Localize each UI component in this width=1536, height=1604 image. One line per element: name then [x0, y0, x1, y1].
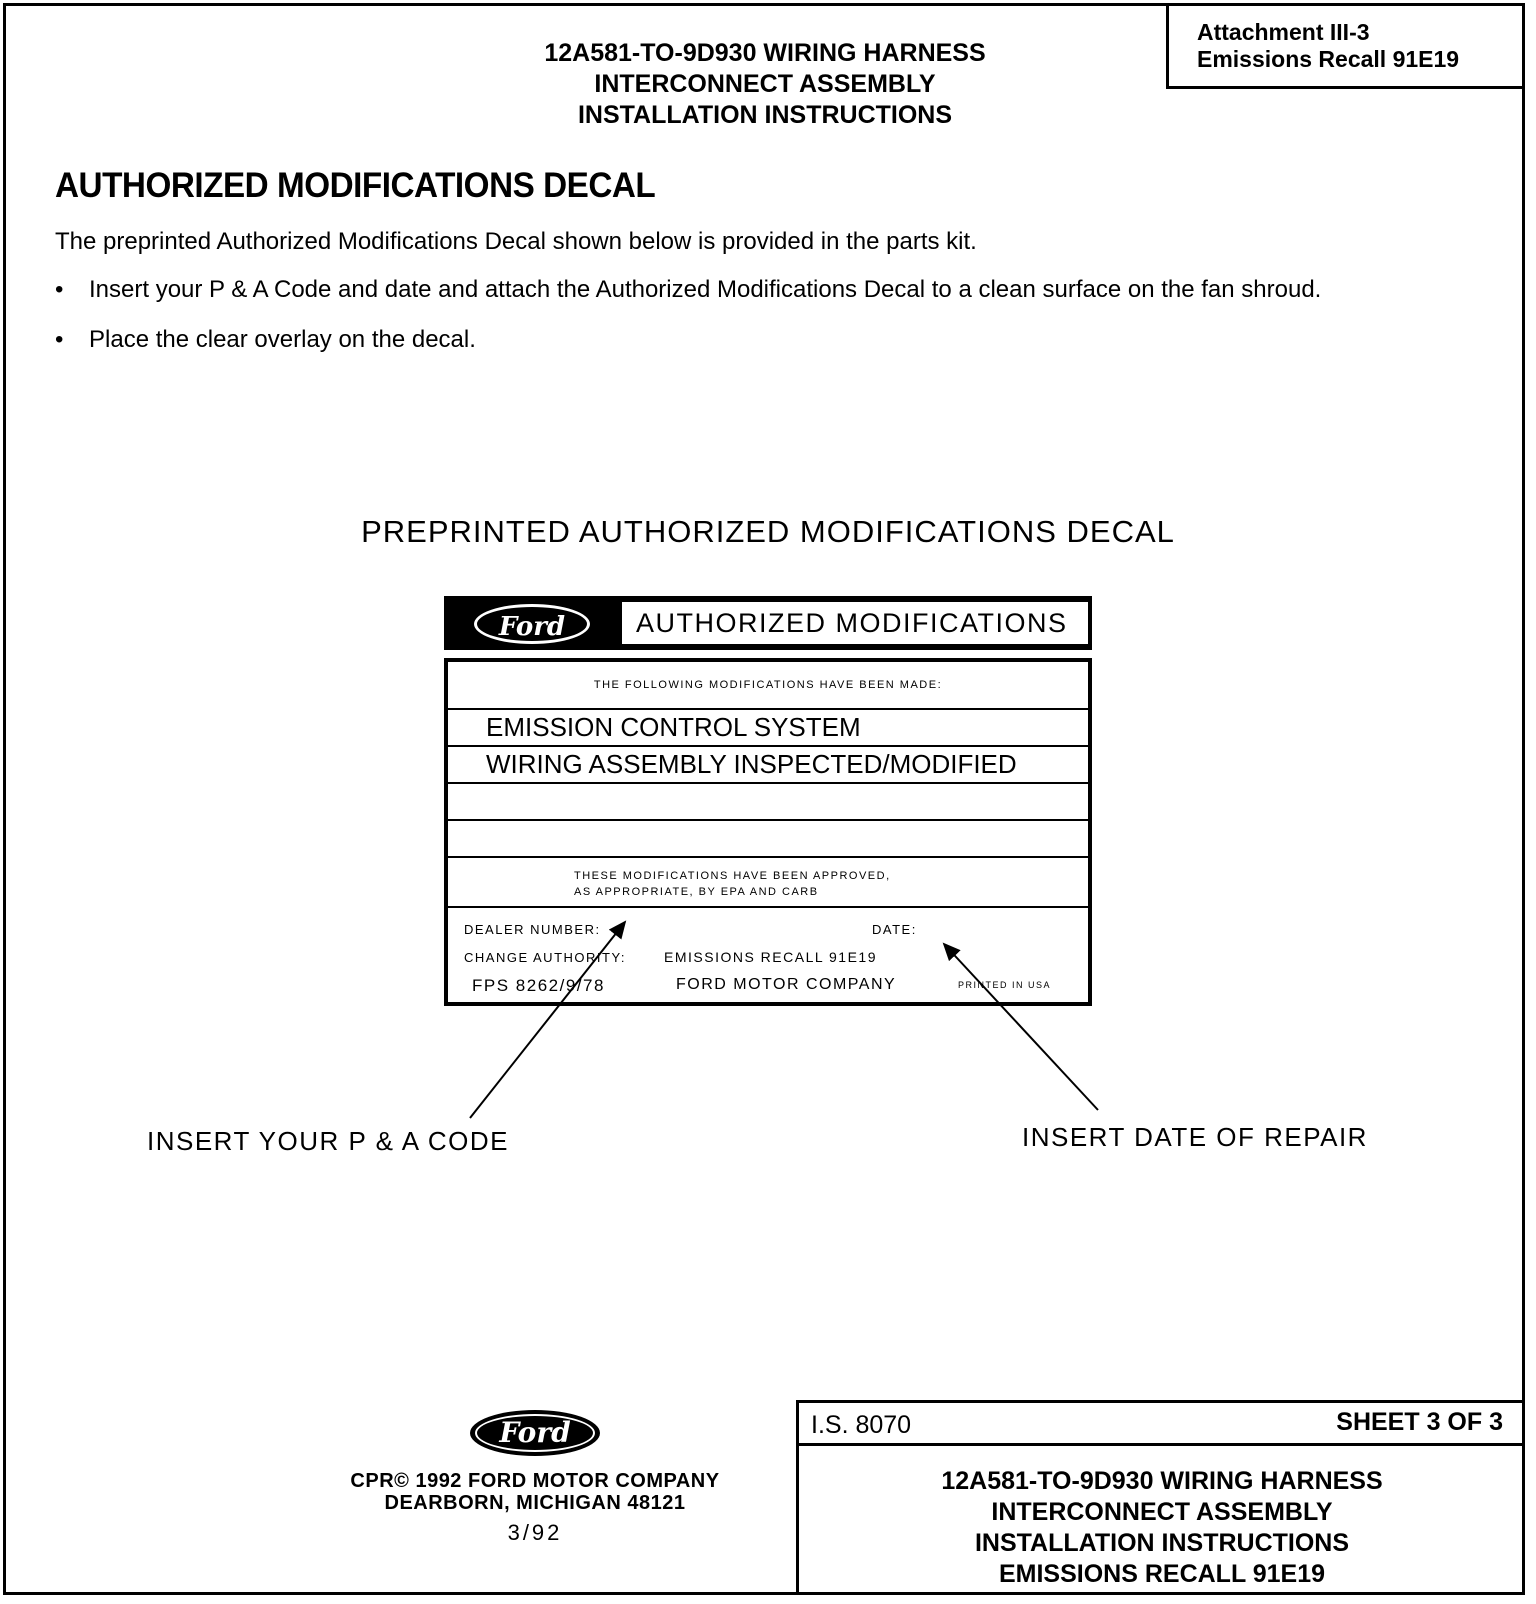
copyright-block: CPR© 1992 FORD MOTOR COMPANY DEARBORN, M…: [300, 1470, 770, 1514]
decal-details: DEALER NUMBER: DATE: CHANGE AUTHORITY: E…: [448, 908, 1088, 1002]
attachment-label: Attachment III-3: [1197, 19, 1522, 46]
intro-paragraph: The preprinted Authorized Modifications …: [55, 228, 977, 256]
title-block-header: I.S. 8070 SHEET 3 OF 3: [799, 1403, 1525, 1446]
list-item-text: Place the clear overlay on the decal.: [89, 326, 476, 353]
change-authority-label: CHANGE AUTHORITY:: [464, 950, 626, 965]
list-item: •Insert your P & A Code and date and att…: [55, 272, 1455, 308]
decal-following-text: THE FOLLOWING MODIFICATIONS HAVE BEEN MA…: [448, 662, 1088, 710]
bullet-icon: •: [55, 272, 63, 308]
title-line: INSTALLATION INSTRUCTIONS: [799, 1528, 1525, 1559]
attachment-box: Attachment III-3 Emissions Recall 91E19: [1166, 3, 1525, 89]
header-line: INTERCONNECT ASSEMBLY: [470, 69, 1060, 100]
figure-title: PREPRINTED AUTHORIZED MODIFICATIONS DECA…: [0, 514, 1536, 550]
ford-logo-icon: Ford: [470, 1410, 600, 1456]
print-date: 3/92: [300, 1520, 770, 1546]
change-authority-value: EMISSIONS RECALL 91E19: [664, 949, 877, 965]
decal-blank-line: [448, 784, 1088, 821]
ford-logo-icon: Ford: [474, 604, 590, 644]
title-line: EMISSIONS RECALL 91E19: [799, 1559, 1525, 1590]
callout-date: INSERT DATE OF REPAIR: [1022, 1122, 1368, 1153]
decal-blank-line: [448, 821, 1088, 858]
header-line: 12A581-TO-9D930 WIRING HARNESS: [470, 38, 1060, 69]
dealer-number-label: DEALER NUMBER:: [464, 922, 601, 937]
printed-in-usa: PRINTED IN USA: [958, 980, 1051, 990]
company-name: FORD MOTOR COMPANY: [676, 976, 896, 994]
decal-header-label: AUTHORIZED MODIFICATIONS: [622, 602, 1088, 644]
header-line: INSTALLATION INSTRUCTIONS: [470, 100, 1060, 131]
approval-line: THESE MODIFICATIONS HAVE BEEN APPROVED,: [574, 868, 1088, 884]
is-number: I.S. 8070: [811, 1411, 911, 1440]
title-line: 12A581-TO-9D930 WIRING HARNESS: [799, 1466, 1525, 1497]
decal-header: Ford AUTHORIZED MODIFICATIONS: [444, 596, 1092, 650]
document-header: 12A581-TO-9D930 WIRING HARNESS INTERCONN…: [470, 38, 1060, 131]
address-text: DEARBORN, MICHIGAN 48121: [300, 1492, 770, 1514]
list-item-text: Insert your P & A Code and date and atta…: [89, 276, 1321, 303]
title-block: I.S. 8070 SHEET 3 OF 3 12A581-TO-9D930 W…: [796, 1400, 1525, 1595]
list-item: •Place the clear overlay on the decal.: [55, 322, 1455, 358]
decal-approval-text: THESE MODIFICATIONS HAVE BEEN APPROVED, …: [448, 858, 1088, 908]
recall-label: Emissions Recall 91E19: [1197, 46, 1522, 73]
decal-mod-line-2: WIRING ASSEMBLY INSPECTED/MODIFIED: [448, 747, 1088, 784]
approval-line: AS APPROPRIATE, BY EPA AND CARB: [574, 884, 1088, 900]
title-block-body: 12A581-TO-9D930 WIRING HARNESS INTERCONN…: [799, 1446, 1525, 1590]
fps-number: FPS 8262/9/78: [472, 976, 605, 996]
sheet-number: SHEET 3 OF 3: [1336, 1408, 1503, 1437]
section-title: AUTHORIZED MODIFICATIONS DECAL: [55, 166, 655, 206]
title-line: INTERCONNECT ASSEMBLY: [799, 1497, 1525, 1528]
instruction-list: •Insert your P & A Code and date and att…: [55, 272, 1455, 372]
decal-mod-line-1: EMISSION CONTROL SYSTEM: [448, 710, 1088, 747]
copyright-text: CPR© 1992 FORD MOTOR COMPANY: [300, 1470, 770, 1492]
date-label: DATE:: [872, 922, 917, 937]
callout-pa-code: INSERT YOUR P & A CODE: [147, 1126, 509, 1157]
decal-illustration: Ford AUTHORIZED MODIFICATIONS THE FOLLOW…: [444, 596, 1092, 1006]
decal-body: THE FOLLOWING MODIFICATIONS HAVE BEEN MA…: [444, 658, 1092, 1006]
bullet-icon: •: [55, 322, 63, 358]
